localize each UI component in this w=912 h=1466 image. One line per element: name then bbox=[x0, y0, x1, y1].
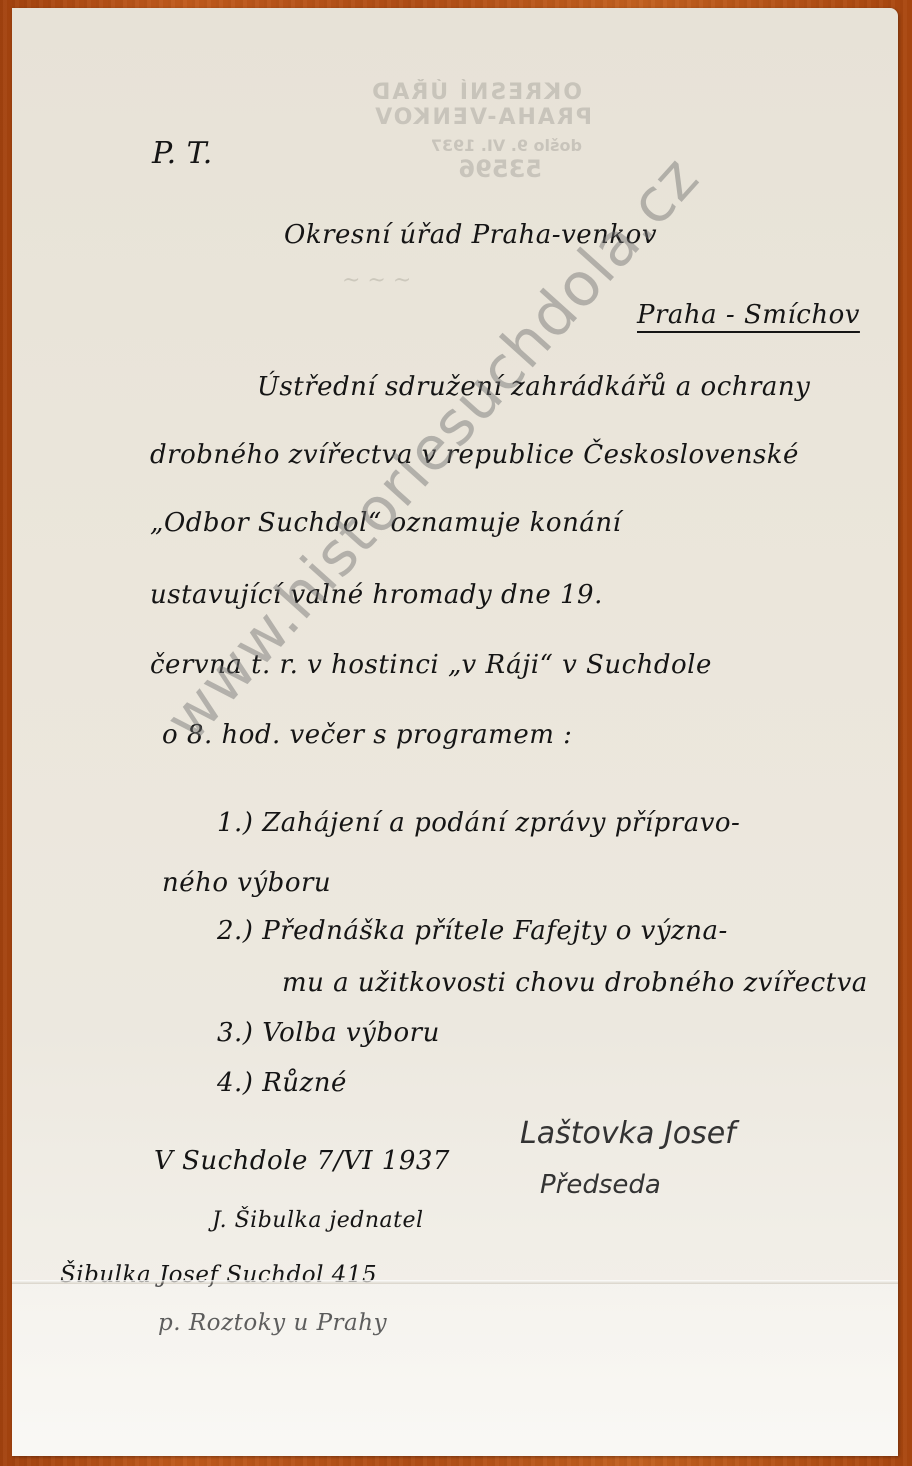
secretary-signature: J. Šibulka jednatel bbox=[212, 1208, 424, 1233]
addressee-city: Praha - Smíchov bbox=[637, 300, 860, 330]
program-number: 2.) bbox=[217, 916, 253, 946]
program-number: 4.) bbox=[217, 1068, 253, 1098]
program-item-4: 4.) Různé bbox=[217, 1068, 347, 1098]
program-item-2-cont: mu a užitkovosti chovu drobného zvířectv… bbox=[282, 968, 868, 998]
program-item-3: 3.) Volba výboru bbox=[217, 1018, 440, 1048]
program-text: Různé bbox=[262, 1068, 347, 1098]
program-item-1: 1.) Zahájení a podání zprávy přípravo- bbox=[217, 808, 740, 838]
program-text: Přednáška přítele Fafejty o význa- bbox=[262, 916, 728, 946]
stamp-line-2: PRAHA-VENKOV bbox=[342, 105, 592, 130]
program-text: Volba výboru bbox=[262, 1018, 440, 1048]
program-text: ného výboru bbox=[162, 868, 331, 898]
stamp-line-3: došlo 9. VI. 1937 bbox=[342, 136, 582, 155]
program-number: 1.) bbox=[217, 808, 253, 838]
body-line-4: ustavující valné hromady dne 19. bbox=[150, 580, 603, 610]
addressee-line-2: Praha - Smíchov bbox=[637, 300, 860, 330]
place-date: V Suchdole 7/VI 1937 bbox=[154, 1146, 450, 1176]
program-item-1-cont: ného výboru bbox=[162, 868, 331, 898]
stamp-number: 53596 bbox=[342, 155, 542, 183]
stamp-line-1: OKRESNÍ ÚŘAD bbox=[342, 80, 582, 105]
document-page: OKRESNÍ ÚŘAD PRAHA-VENKOV došlo 9. VI. 1… bbox=[12, 8, 898, 1456]
chair-signature: Laštovka Josef bbox=[520, 1116, 736, 1151]
program-item-2: 2.) Přednáška přítele Fafejty o význa- bbox=[217, 916, 728, 946]
program-number: 3.) bbox=[217, 1018, 253, 1048]
program-text: Zahájení a podání zprávy přípravo- bbox=[262, 808, 740, 838]
salutation: P. T. bbox=[152, 136, 213, 171]
program-text: mu a užitkovosti chovu drobného zvířectv… bbox=[282, 968, 868, 998]
chair-title: Předseda bbox=[540, 1170, 661, 1200]
lower-flap bbox=[12, 1284, 898, 1456]
pencil-note: ~ ~ ~ bbox=[342, 268, 411, 293]
received-stamp: OKRESNÍ ÚŘAD PRAHA-VENKOV došlo 9. VI. 1… bbox=[342, 80, 602, 190]
